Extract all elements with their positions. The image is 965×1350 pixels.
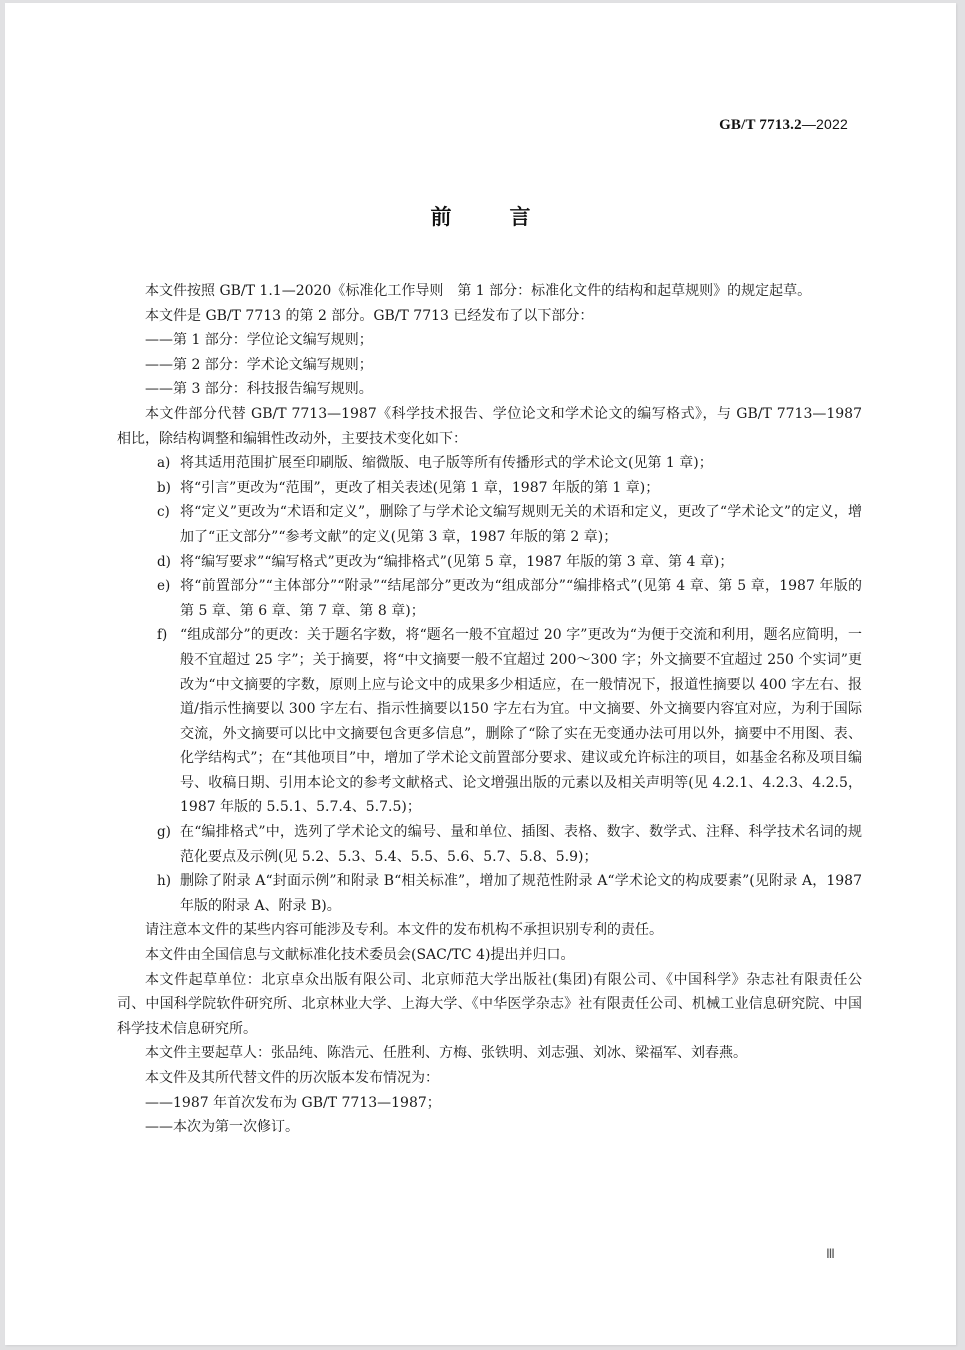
part-list-item: ——第 3 部分：科技报告编写规则。 (117, 377, 862, 402)
paragraph-parts-intro: 本文件是 GB/T 7713 的第 2 部分。GB/T 7713 已经发布了以下… (117, 304, 862, 329)
change-marker: g) (157, 820, 171, 845)
change-text: 删除了附录 A“封面示例”和附录 B“相关标准”，增加了规范性附录 A“学术论文… (180, 873, 862, 914)
paragraph-history-intro: 本文件及其所代替文件的历次版本发布情况为： (117, 1066, 862, 1091)
history-list-item: ——本次为第一次修订。 (117, 1115, 862, 1140)
part-list-item: ——第 1 部分：学位论文编写规则； (117, 328, 862, 353)
change-item: a)将其适用范围扩展至印刷版、缩微版、电子版等所有传播形式的学术论文(见第 1 … (117, 451, 862, 476)
change-marker: h) (157, 869, 171, 894)
change-marker: e) (157, 574, 170, 599)
page-number: Ⅲ (826, 1246, 835, 1262)
change-text: “组成部分”的更改：关于题名字数，将“题名一般不宜超过 20 字”更改为“为便于… (180, 627, 862, 815)
change-marker: a) (157, 451, 170, 476)
history-list-item: ——1987 年首次发布为 GB/T 7713—1987； (117, 1091, 862, 1116)
change-marker: d) (157, 550, 171, 575)
change-item: e)将“前置部分”“主体部分”“附录”“结尾部分”更改为“组成部分”“编排格式”… (117, 574, 862, 623)
paragraph-drafting-basis: 本文件按照 GB/T 1.1—2020《标准化工作导则 第 1 部分：标准化文件… (117, 279, 862, 304)
change-text: 在“编排格式”中，选列了学术论文的编号、量和单位、插图、表格、数字、数学式、注释… (180, 824, 862, 865)
paragraph-replacement: 本文件部分代替 GB/T 7713—1987《科学技术报告、学位论文和学术论文的… (117, 402, 862, 451)
document-page: GB/T 7713.2—2022 前言 本文件按照 GB/T 1.1—2020《… (5, 3, 956, 1345)
paragraph-patent-notice: 请注意本文件的某些内容可能涉及专利。本文件的发布机构不承担识别专利的责任。 (117, 918, 862, 943)
change-item: c)将“定义”更改为“术语和定义”，删除了与学术论文编写规则无关的术语和定义，更… (117, 500, 862, 549)
change-item: h)删除了附录 A“封面示例”和附录 B“相关标准”，增加了规范性附录 A“学术… (117, 869, 862, 918)
standard-number: GB/T 7713.2—2022 (719, 116, 848, 134)
change-text: 将“前置部分”“主体部分”“附录”“结尾部分”更改为“组成部分”“编排格式”(见… (180, 578, 862, 619)
page-title: 前言 (5, 201, 956, 231)
change-item: g)在“编排格式”中，选列了学术论文的编号、量和单位、插图、表格、数字、数学式、… (117, 820, 862, 869)
paragraph-drafters: 本文件主要起草人：张品纯、陈浩元、任胜利、方梅、张铁明、刘志强、刘冰、梁福军、刘… (117, 1041, 862, 1066)
change-item: f)“组成部分”的更改：关于题名字数，将“题名一般不宜超过 20 字”更改为“为… (117, 623, 862, 820)
change-marker: b) (157, 476, 171, 501)
change-text: 将“定义”更改为“术语和定义”，删除了与学术论文编写规则无关的术语和定义，更改了… (180, 504, 862, 545)
foreword-body: 本文件按照 GB/T 1.1—2020《标准化工作导则 第 1 部分：标准化文件… (117, 279, 862, 1140)
change-item: b)将“引言”更改为“范围”，更改了相关表述(见第 1 章，1987 年版的第 … (117, 476, 862, 501)
change-text: 将“引言”更改为“范围”，更改了相关表述(见第 1 章，1987 年版的第 1 … (180, 480, 659, 496)
standard-prefix: GB/T 7713.2 (719, 117, 802, 133)
change-text: 将其适用范围扩展至印刷版、缩微版、电子版等所有传播形式的学术论文(见第 1 章)… (180, 455, 713, 471)
change-marker: f) (157, 623, 167, 648)
change-text: 将“编写要求”“编写格式”更改为“编排格式”(见第 5 章，1987 年版的第 … (180, 554, 733, 570)
change-item: d)将“编写要求”“编写格式”更改为“编排格式”(见第 5 章，1987 年版的… (117, 550, 862, 575)
paragraph-committee: 本文件由全国信息与文献标准化技术委员会(SAC/TC 4)提出并归口。 (117, 943, 862, 968)
change-marker: c) (157, 500, 170, 525)
part-list-item: ——第 2 部分：学术论文编写规则； (117, 353, 862, 378)
standard-year: —2022 (802, 116, 848, 132)
paragraph-drafting-units: 本文件起草单位：北京卓众出版有限公司、北京师范大学出版社(集团)有限公司、《中国… (117, 968, 862, 1042)
